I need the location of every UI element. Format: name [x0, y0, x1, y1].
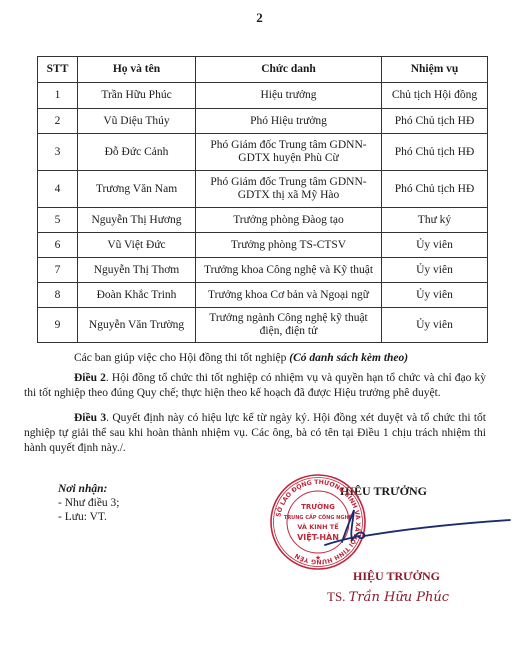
helpers-note: (Có danh sách kèm theo): [289, 352, 408, 364]
header-stt: STT: [38, 57, 78, 83]
recipients-title: Nơi nhận:: [58, 482, 120, 496]
helpers-text: Các ban giúp việc cho Hội đồng thi tốt n…: [74, 352, 289, 364]
handwritten-signature-icon: [320, 500, 519, 560]
table-row: 7Nguyễn Thị ThơmTrưởng khoa Công nghệ và…: [38, 258, 488, 283]
recipients-block: Nơi nhận: - Như điều 3; - Lưu: VT.: [58, 482, 120, 524]
recipient-item: - Lưu: VT.: [58, 510, 120, 524]
cell-title: Phó Giám đốc Trung tâm GDNN-GDTX huyện P…: [196, 134, 382, 171]
table-row: 6Vũ Việt ĐứcTrưởng phòng TS-CTSVỦy viên: [38, 233, 488, 258]
table-row: 9Nguyễn Văn TrườngTrưởng ngành Công nghệ…: [38, 308, 488, 343]
cell-role: Chủ tịch Hội đồng: [382, 83, 488, 109]
cell-name: Vũ Việt Đức: [78, 233, 196, 258]
cell-role: Phó Chủ tịch HĐ: [382, 109, 488, 134]
table-row: 1Trần Hữu PhúcHiệu trưởngChủ tịch Hội đồ…: [38, 83, 488, 109]
cell-stt: 5: [38, 208, 78, 233]
article-3: Điều 3. Quyết định này có hiệu lực kể từ…: [24, 411, 486, 456]
cell-stt: 4: [38, 171, 78, 208]
cell-title: Phó Giám đốc Trung tâm GDNN-GDTX thị xã …: [196, 171, 382, 208]
cell-title: Trưởng phòng TS-CTSV: [196, 233, 382, 258]
cell-role: Ủy viên: [382, 233, 488, 258]
cell-stt: 6: [38, 233, 78, 258]
cell-stt: 9: [38, 308, 78, 343]
cell-name: Đoàn Khắc Trinh: [78, 283, 196, 308]
helpers-paragraph: Các ban giúp việc cho Hội đồng thi tốt n…: [24, 351, 486, 366]
cell-name: Trần Hữu Phúc: [78, 83, 196, 109]
cell-role: Thư ký: [382, 208, 488, 233]
header-role: Nhiệm vụ: [382, 57, 488, 83]
recipient-item: - Như điều 3;: [58, 496, 120, 510]
cell-stt: 8: [38, 283, 78, 308]
cell-stt: 3: [38, 134, 78, 171]
table-row: 3Đỗ Đức CảnhPhó Giám đốc Trung tâm GDNN-…: [38, 134, 488, 171]
cell-title: Phó Hiệu trưởng: [196, 109, 382, 134]
table-header-row: STT Họ và tên Chức danh Nhiệm vụ: [38, 57, 488, 83]
cell-name: Nguyễn Thị Hương: [78, 208, 196, 233]
header-name: Họ và tên: [78, 57, 196, 83]
signer-name: TS. Trần Hữu Phúc: [327, 589, 449, 605]
table-row: 2Vũ Diệu ThúyPhó Hiệu trưởngPhó Chủ tịch…: [38, 109, 488, 134]
cell-role: Ủy viên: [382, 258, 488, 283]
cell-name: Nguyễn Văn Trường: [78, 308, 196, 343]
cell-role: Ủy viên: [382, 308, 488, 343]
cell-title: Trưởng phòng Đàog tạo: [196, 208, 382, 233]
signer-full-name: Trần Hữu Phúc: [349, 590, 449, 605]
article-2: Điều 2. Hội đồng tổ chức thi tốt nghiệp …: [24, 371, 486, 401]
stamp-title: HIỆU TRƯỞNG: [353, 569, 440, 584]
page-number: 2: [0, 10, 519, 26]
cell-title: Trưởng khoa Công nghệ và Kỹ thuật: [196, 258, 382, 283]
cell-stt: 7: [38, 258, 78, 283]
cell-stt: 1: [38, 83, 78, 109]
table-row: 4Trương Văn NamPhó Giám đốc Trung tâm GD…: [38, 171, 488, 208]
cell-stt: 2: [38, 109, 78, 134]
cell-title: Hiệu trưởng: [196, 83, 382, 109]
cell-name: Vũ Diệu Thúy: [78, 109, 196, 134]
table-row: 8Đoàn Khắc TrinhTrưởng khoa Cơ bản và Ng…: [38, 283, 488, 308]
cell-role: Phó Chủ tịch HĐ: [382, 134, 488, 171]
header-title: Chức danh: [196, 57, 382, 83]
cell-title: Trưởng khoa Cơ bản và Ngoại ngữ: [196, 283, 382, 308]
cell-title: Trưởng ngành Công nghệ kỹ thuật điện, đi…: [196, 308, 382, 343]
cell-name: Trương Văn Nam: [78, 171, 196, 208]
table-row: 5Nguyễn Thị HươngTrưởng phòng Đàog tạoTh…: [38, 208, 488, 233]
cell-role: Phó Chủ tịch HĐ: [382, 171, 488, 208]
cell-role: Ủy viên: [382, 283, 488, 308]
council-members-table: STT Họ và tên Chức danh Nhiệm vụ 1Trần H…: [37, 56, 488, 343]
cell-name: Nguyễn Thị Thơm: [78, 258, 196, 283]
article-2-label: Điều 2: [74, 372, 106, 384]
signer-prefix: TS.: [327, 589, 345, 604]
article-3-label: Điều 3: [74, 412, 106, 424]
cell-name: Đỗ Đức Cảnh: [78, 134, 196, 171]
